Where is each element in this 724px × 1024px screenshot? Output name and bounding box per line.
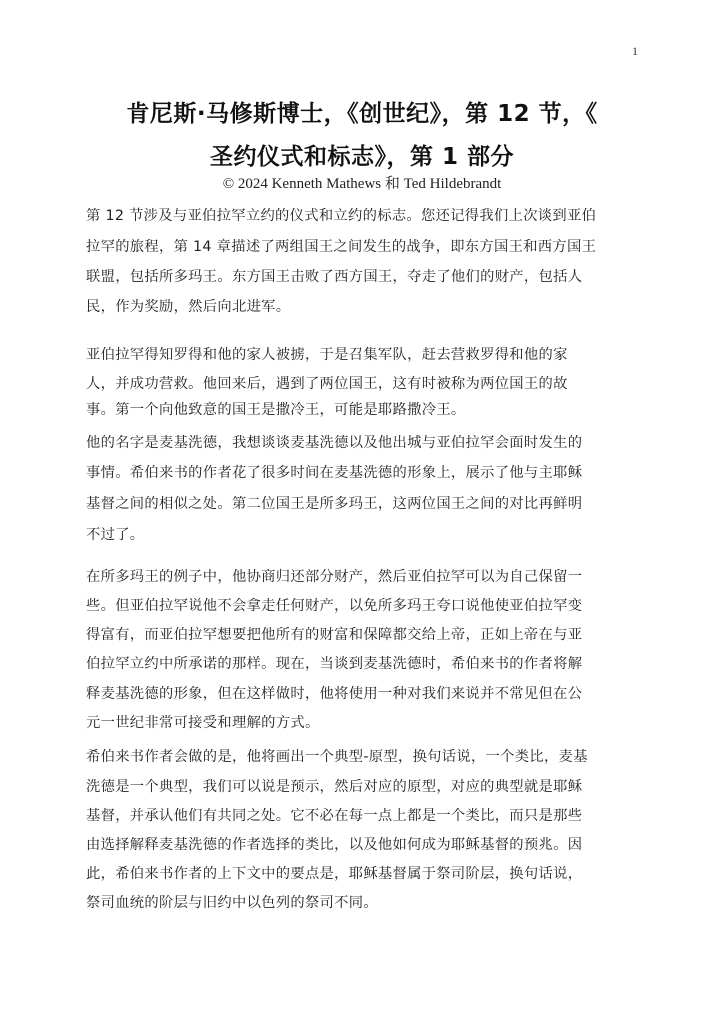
text-line: 联盟，包括所多玛王。东方国王击败了西方国王，夺走了他们的财产，包括人 [86,266,582,286]
text-line: 释麦基洗德的形象，但在这样做时，他将使用一种对我们来说并不常见但在公 [86,683,582,703]
text-line: 元一世纪非常可接受和理解的方式。 [86,712,320,732]
title-line-2: 圣约仪式和标志》，第 1 部分 [0,138,724,171]
text-line: 在所多玛王的例子中，他协商归还部分财产，然后亚伯拉罕可以为自己保留一 [86,566,582,586]
text-line: 些。但亚伯拉罕说他不会拿走任何财产，以免所多玛王夸口说他使亚伯拉罕变 [86,595,582,615]
text-line: 此，希伯来书作者的上下文中的要点是，耶稣基督属于祭司阶层，换句话说， [86,863,582,883]
page-number: 1 [632,44,638,59]
text-line: 拉罕的旅程，第 14 章描述了两组国王之间发生的战争，即东方国王和西方国王 [86,236,596,256]
text-line: 民，作为奖励，然后向北进军。 [86,296,290,316]
text-line: 不过了。 [86,524,144,544]
text-line: 亚伯拉罕得知罗得和他的家人被掳，于是召集军队，赶去营救罗得和他的家 [86,344,568,364]
text-line: 事。第一个向他致意的国王是撒冷王，可能是耶路撒冷王。 [86,399,466,419]
title-line-1: 肯尼斯·马修斯博士，《创世纪》，第 12 节，《 [0,95,724,128]
text-line: 基督，并承认他们有共同之处。它不必在每一点上都是一个类比，而只是那些 [86,805,582,825]
text-line: 伯拉罕立约中所承诺的那样。现在，当谈到麦基洗德时，希伯来书的作者将解 [86,653,582,673]
copyright-notice: © 2024 Kenneth Mathews 和 Ted Hildebrandt [0,172,724,193]
text-line: 基督之间的相似之处。第二位国王是所多玛王，这两位国王之间的对比再鲜明 [86,493,582,513]
text-line: 得富有，而亚伯拉罕想要把他所有的财富和保障都交给上帝，正如上帝在与亚 [86,624,582,644]
text-line: 祭司血统的阶层与旧约中以色列的祭司不同。 [86,892,378,912]
text-line: 由选择解释麦基洗德的作者选择的类比，以及他如何成为耶稣基督的预兆。因 [86,834,582,854]
text-line: 人，并成功营救。他回来后，遇到了两位国王，这有时被称为两位国王的故 [86,373,568,393]
text-line: 事情。希伯来书的作者花了很多时间在麦基洗德的形象上，展示了他与主耶稣 [86,462,582,482]
text-line: 他的名字是麦基洗德，我想谈谈麦基洗德以及他出城与亚伯拉罕会面时发生的 [86,432,582,452]
text-line: 第 12 节涉及与亚伯拉罕立约的仪式和立约的标志。您还记得我们上次谈到亚伯 [86,205,596,225]
text-line: 希伯来书作者会做的是，他将画出一个典型-原型，换句话说，一个类比，麦基 [86,746,588,766]
text-line: 洗德是一个典型，我们可以说是预示，然后对应的原型，对应的典型就是耶稣 [86,776,582,796]
